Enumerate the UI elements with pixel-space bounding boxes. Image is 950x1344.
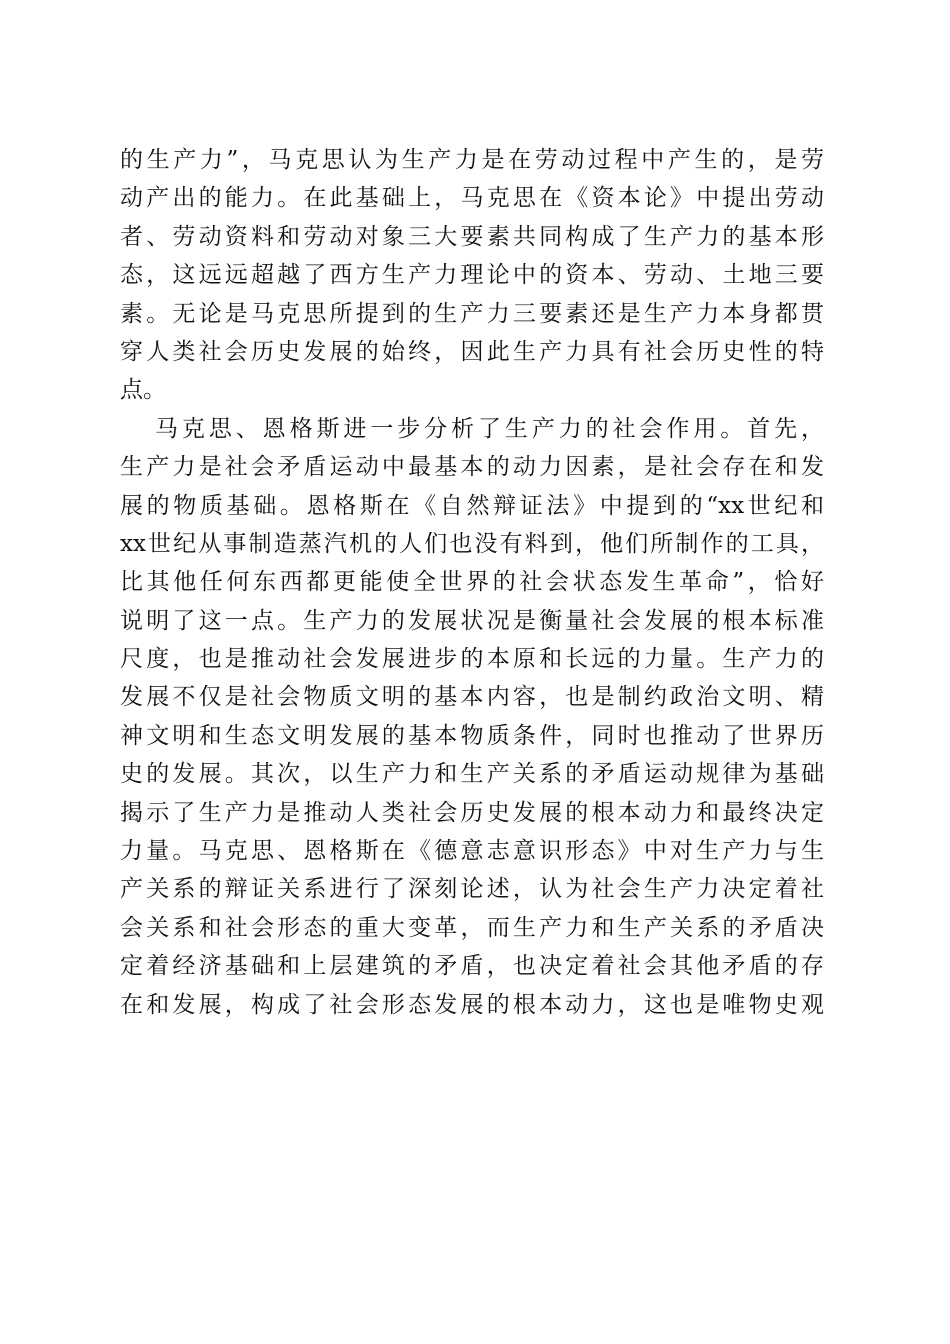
text-line: 马克思、恩格斯进一步分析了生产力的社会作用。首先，: [120, 410, 824, 448]
text-line: 产关系的辩证关系进行了深刻论述，认为社会生产力决定着社: [120, 870, 824, 908]
paragraph-2: 马克思、恩格斯进一步分析了生产力的社会作用。首先， 生产力是社会矛盾运动中最基本…: [120, 410, 824, 1024]
document-page: 的生产力”，马克思认为生产力是在劳动过程中产生的，是劳 动产出的能力。在此基础上…: [0, 0, 950, 1344]
text-line: 态，这远远超越了西方生产力理论中的资本、劳动、土地三要: [120, 256, 824, 294]
text-line: 尺度，也是推动社会发展进步的本原和长远的力量。生产力的: [120, 640, 824, 678]
text-line: 动产出的能力。在此基础上，马克思在《资本论》中提出劳动: [120, 179, 824, 217]
text-line: 发展不仅是社会物质文明的基本内容，也是制约政治文明、精: [120, 678, 824, 716]
text-line: 展的物质基础。恩格斯在《自然辩证法》中提到的“xx世纪和: [120, 487, 824, 525]
text-line: 揭示了生产力是推动人类社会历史发展的根本动力和最终决定: [120, 794, 824, 832]
text-line: 生产力是社会矛盾运动中最基本的动力因素，是社会存在和发: [120, 448, 824, 486]
text-line: 点。: [120, 371, 824, 409]
paragraph-1: 的生产力”，马克思认为生产力是在劳动过程中产生的，是劳 动产出的能力。在此基础上…: [120, 141, 824, 410]
text-line: 定着经济基础和上层建筑的矛盾，也决定着社会其他矛盾的存: [120, 947, 824, 985]
text-line: xx世纪从事制造蒸汽机的人们也没有料到，他们所制作的工具，: [120, 525, 824, 563]
text-line: 的生产力”，马克思认为生产力是在劳动过程中产生的，是劳: [120, 141, 824, 179]
text-line: 力量。马克思、恩格斯在《德意志意识形态》中对生产力与生: [120, 832, 824, 870]
text-line: 在和发展，构成了社会形态发展的根本动力，这也是唯物史观: [120, 986, 824, 1024]
text-line: 比其他任何东西都更能使全世界的社会状态发生革命”，恰好: [120, 563, 824, 601]
text-line: 素。无论是马克思所提到的生产力三要素还是生产力本身都贯: [120, 295, 824, 333]
text-line: 会关系和社会形态的重大变革，而生产力和生产关系的矛盾决: [120, 909, 824, 947]
text-line: 者、劳动资料和劳动对象三大要素共同构成了生产力的基本形: [120, 218, 824, 256]
body-text: 的生产力”，马克思认为生产力是在劳动过程中产生的，是劳 动产出的能力。在此基础上…: [120, 141, 824, 1024]
text-line: 史的发展。其次，以生产力和生产关系的矛盾运动规律为基础: [120, 755, 824, 793]
text-line: 神文明和生态文明发展的基本物质条件，同时也推动了世界历: [120, 717, 824, 755]
text-line: 说明了这一点。生产力的发展状况是衡量社会发展的根本标准: [120, 602, 824, 640]
text-line: 穿人类社会历史发展的始终，因此生产力具有社会历史性的特: [120, 333, 824, 371]
